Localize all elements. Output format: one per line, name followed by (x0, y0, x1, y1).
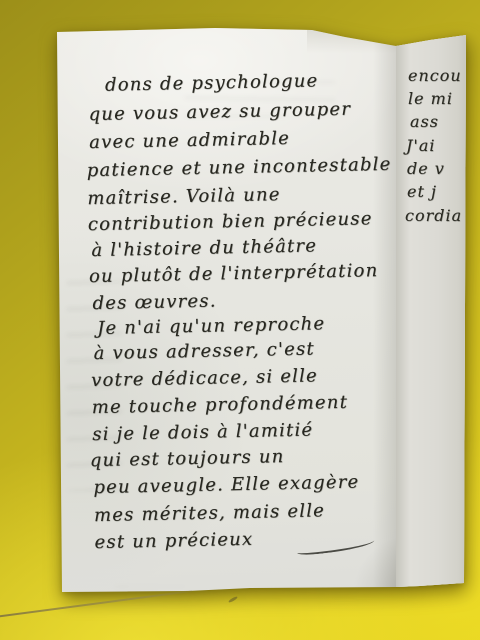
handwritten-text-block: dons de psychologue que vous avez su gro… (54, 20, 407, 597)
handwritten-line-partial: ass (410, 112, 439, 131)
handwritten-line: dons de psychologue (105, 70, 319, 95)
handwritten-line: est un précieux (94, 529, 253, 553)
fold-crease-shadow (373, 26, 396, 596)
letter-page-second-edge: encou le mi ass J'ai de v et j cordia (396, 26, 469, 596)
background-speck (228, 596, 238, 604)
handwritten-line-partial: cordia (405, 206, 462, 225)
handwritten-line: des œuvres. (92, 291, 217, 315)
handwritten-line: Je n'ai qu'un reproche (97, 313, 326, 339)
handwritten-line: contribution bien précieuse (88, 208, 373, 235)
handwritten-line: à l'histoire du théâtre (91, 235, 317, 261)
handwritten-line-partial: et j (407, 182, 437, 201)
letter-paper: dons de psychologue que vous avez su gro… (55, 26, 469, 596)
handwritten-line: que vous avez su grouper (88, 99, 351, 125)
handwritten-line: mes mérites, mais elle (94, 500, 325, 526)
handwritten-line: qui est toujours un (90, 446, 285, 471)
handwritten-line: avec une admirable (89, 128, 290, 153)
handwritten-line: patience et une incontestable (87, 154, 392, 181)
handwritten-line-partial: J'ai (406, 136, 435, 155)
handwritten-line: si je le dois à l'amitié (92, 420, 313, 446)
photo-background: dons de psychologue que vous avez su gro… (0, 0, 480, 640)
letter-page-main: dons de psychologue que vous avez su gro… (55, 26, 469, 596)
handwritten-line-partial: encou (408, 66, 462, 85)
handwritten-line: à vous adresser, c'est (93, 338, 315, 364)
handwritten-line-partial: le mi (408, 89, 453, 108)
handwritten-line: maîtrise. Voilà une (87, 184, 281, 209)
handwritten-line: votre dédicace, si elle (91, 365, 318, 391)
handwritten-line: me touche profondément (92, 392, 349, 418)
handwritten-line-partial: de v (407, 159, 445, 178)
handwritten-line: ou plutôt de l'interprétation (89, 260, 379, 287)
handwritten-line: peu aveugle. Elle exagère (93, 472, 359, 499)
